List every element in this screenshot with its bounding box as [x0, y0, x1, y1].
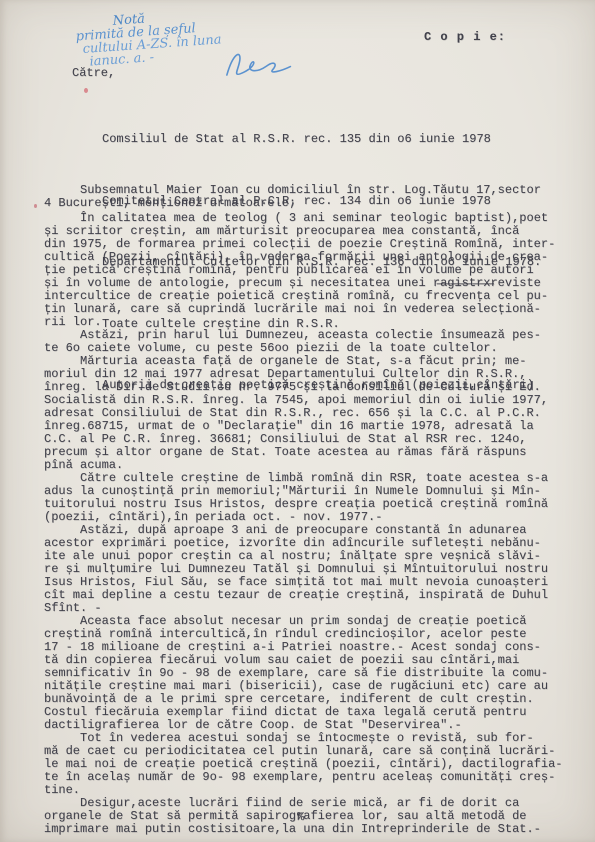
paragraph-colectie: Astăzi, prin harul lui Dumnezeu, aceasta…	[44, 329, 581, 355]
paragraph-catre-cultele: Către cultele creștine de limbă romînă d…	[44, 472, 581, 524]
paper-speck	[34, 204, 37, 208]
paper-speck	[84, 88, 88, 93]
letter-body: Subsemnatul Maier Ioan cu domiciliul în …	[44, 184, 581, 836]
salutation: Către,	[72, 66, 115, 80]
copy-label: C o p i e:	[424, 30, 506, 44]
paragraph-astazi-3-ani: Astăzi, după aproape 3 ani de preocupare…	[44, 524, 581, 615]
recipient-line: Comsiliul de Stat al R.S.R. rec. 135 din…	[102, 129, 581, 150]
page-footer-mark: %	[297, 810, 304, 824]
paragraph-calitatea: În calitatea mea de teolog ( 3 ani semin…	[44, 212, 581, 329]
paragraph-sondaj: Aceasta face absolut necesar un prim son…	[44, 615, 581, 732]
handwritten-note: Notă primită de la șeful cultului A-ZS. …	[66, 2, 299, 70]
document-page: Notă primită de la șeful cultului A-ZS. …	[0, 0, 595, 842]
signature-scribble	[219, 44, 299, 83]
paragraph-revista: Tot în vederea acestui sondaj se întocme…	[44, 732, 581, 797]
paragraph-marturia: Mărturia aceasta față de organele de Sta…	[44, 355, 581, 472]
paragraph-desigur: Desigur,aceste lucrări fiind de serie mi…	[44, 797, 581, 836]
paragraph-subsemnatul: Subsemnatul Maier Ioan cu domiciliul în …	[44, 184, 581, 210]
